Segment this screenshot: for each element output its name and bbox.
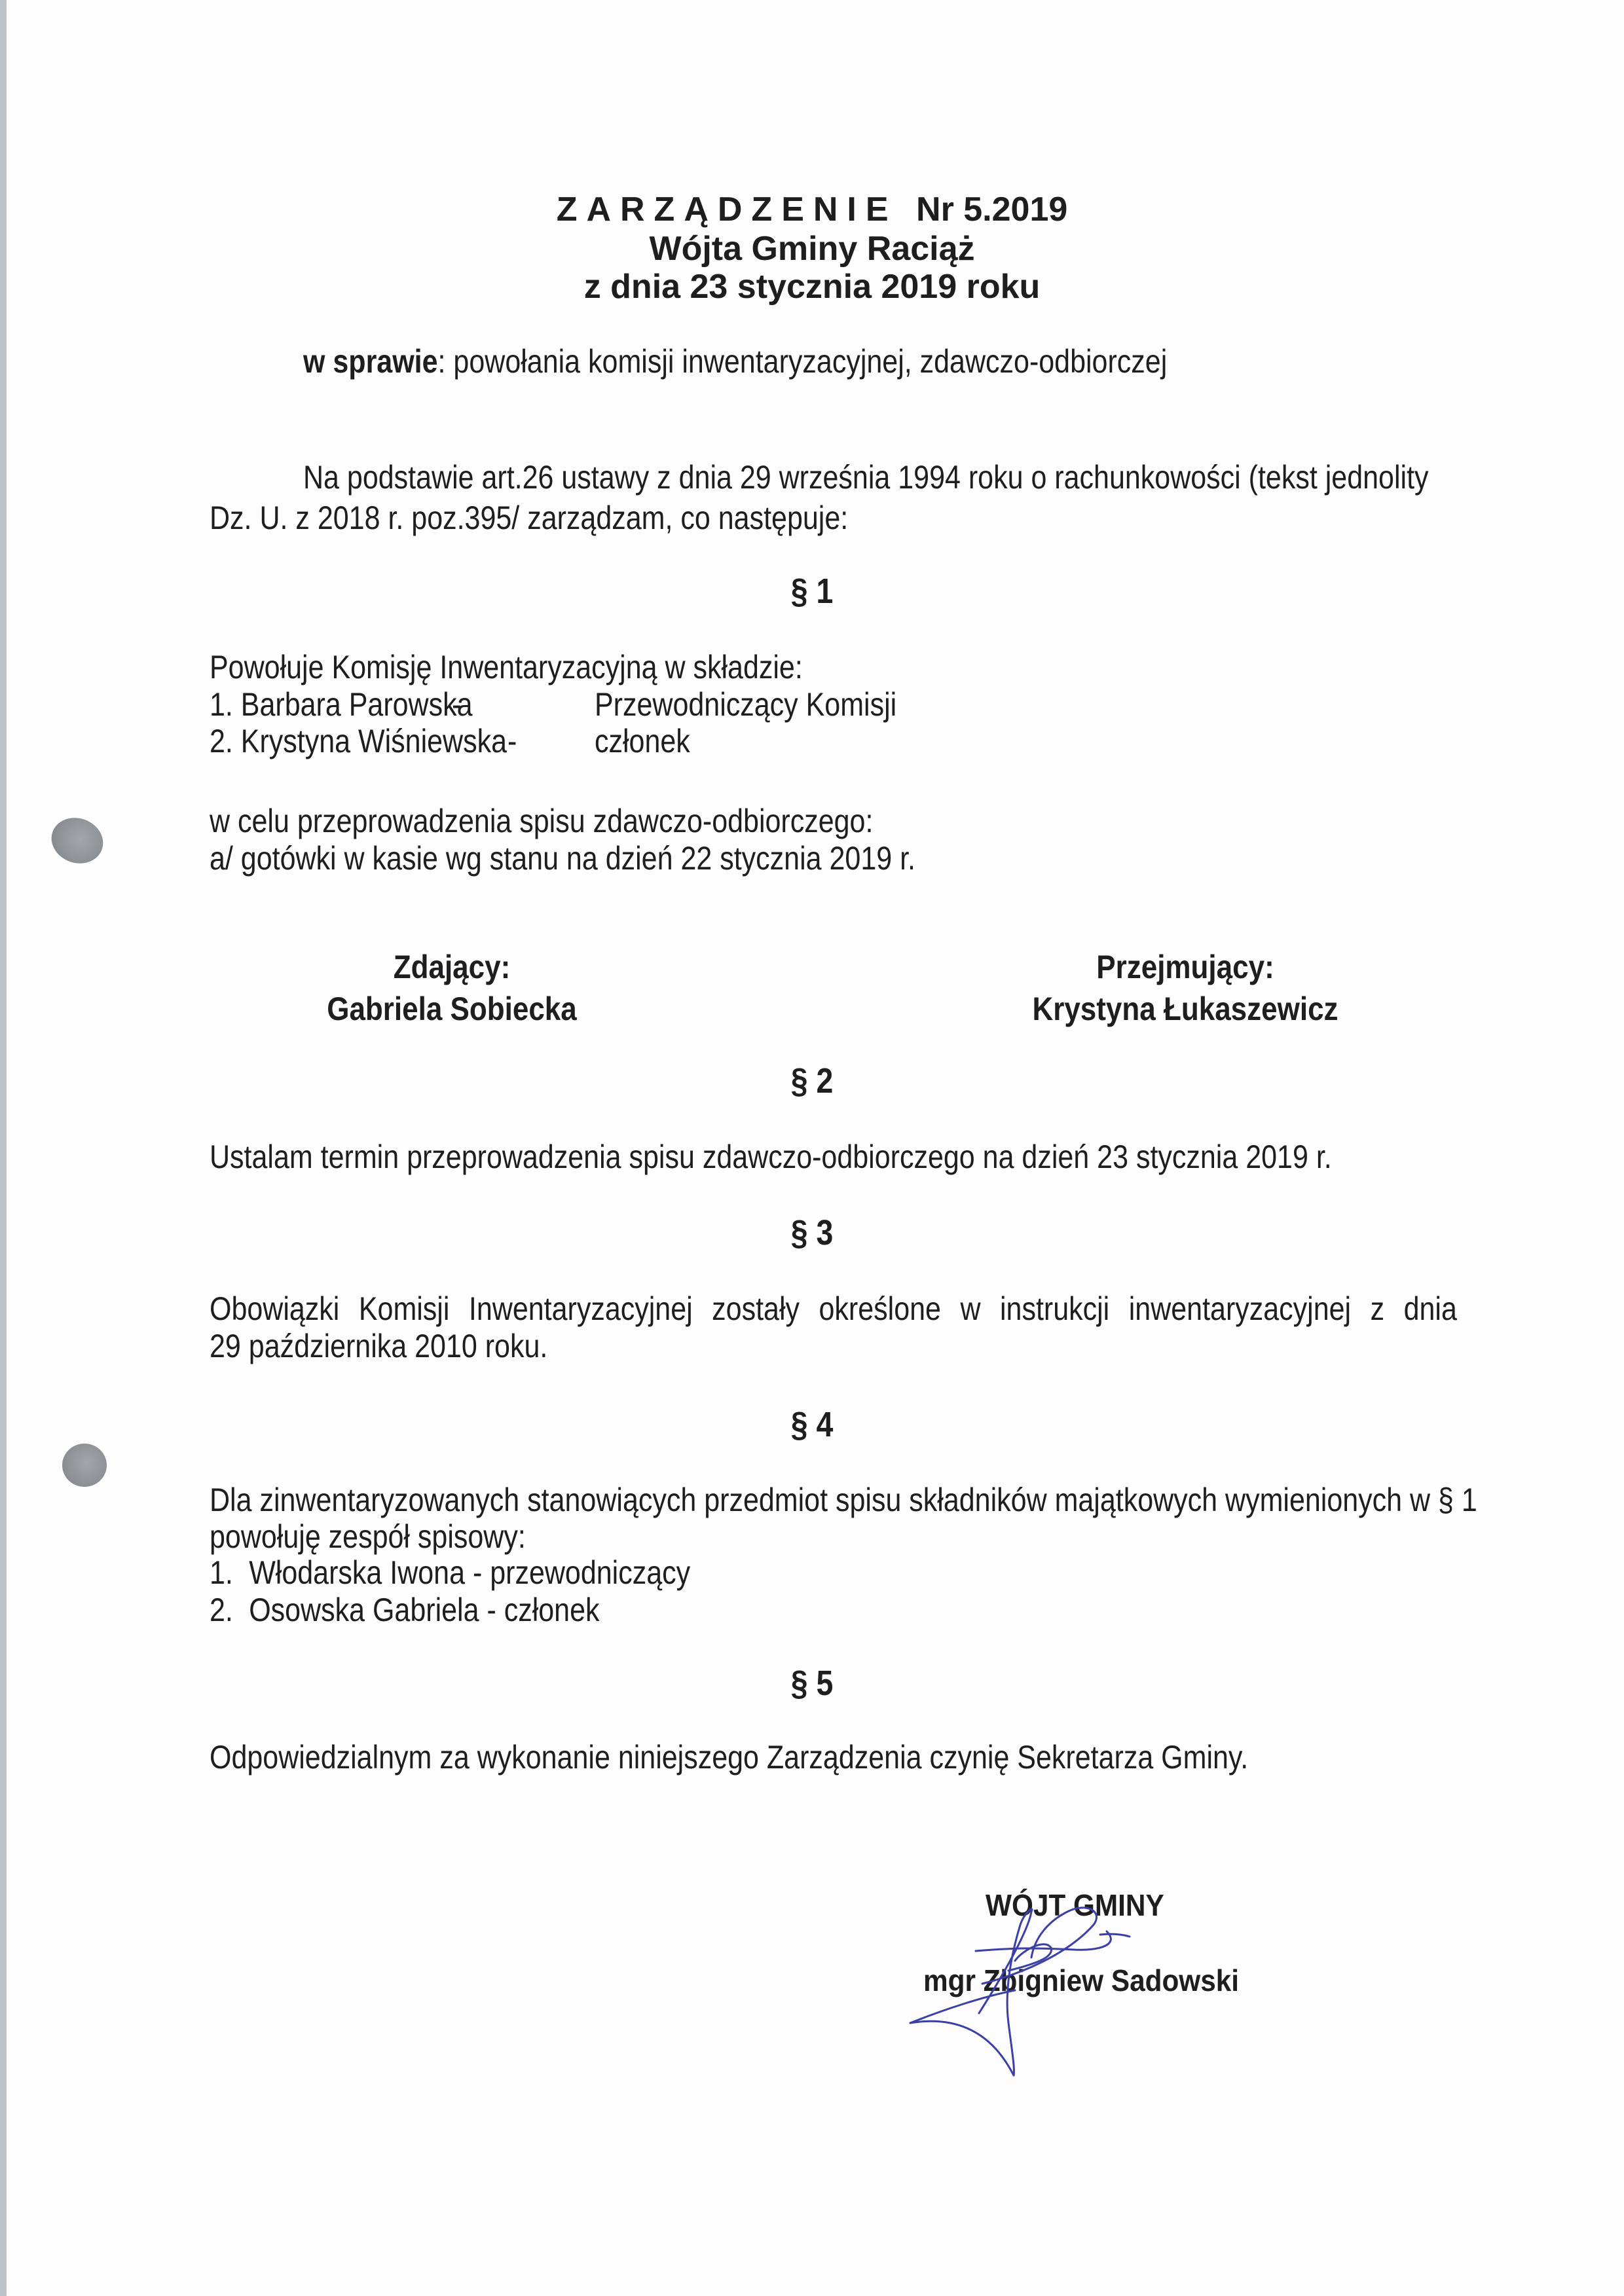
section-3-heading: § 3 <box>114 1212 1511 1253</box>
member-name: 1. Barbara Parowska <box>210 686 473 723</box>
team-num: 1. <box>210 1554 249 1592</box>
section-4-heading: § 4 <box>114 1404 1511 1445</box>
subject-line: w sprawie: powołania komisji inwentaryza… <box>303 342 1167 380</box>
member-role: Przewodniczący Komisji <box>595 685 896 723</box>
section-5-heading: § 5 <box>114 1663 1511 1704</box>
section-4-line-1: Dla zinwentaryzowanych stanowiących prze… <box>210 1481 1477 1519</box>
purpose-line-2: a/ gotówki w kasie wg stanu na dzień 22 … <box>210 839 915 877</box>
section-3-line-2: 29 października 2010 roku. <box>210 1327 547 1365</box>
scan-left-edge <box>0 0 7 2296</box>
handover-giver: Zdający: Gabriela Sobiecka <box>302 948 602 1028</box>
giver-name: Gabriela Sobiecka <box>302 990 602 1028</box>
title-number: Nr 5.2019 <box>916 191 1067 228</box>
committee-member-2: 2. Krystyna Wiśniewska <box>210 722 507 760</box>
team-text: Włodarska Iwona - przewodniczący <box>249 1554 690 1591</box>
punch-hole <box>62 1444 107 1487</box>
member-dash: - <box>452 685 461 723</box>
member-name: 2. Krystyna Wiśniewska <box>210 723 507 759</box>
section-4-line-2: powołuję zespół spisowy: <box>210 1518 526 1556</box>
committee-member-1: 1. Barbara Parowska <box>210 685 473 723</box>
giver-label: Zdający: <box>302 948 602 986</box>
team-num: 2. <box>210 1591 249 1629</box>
preamble-line-2: Dz. U. z 2018 r. poz.395/ zarządzam, co … <box>210 499 848 537</box>
document-title: ZARZĄDZENIE Nr 5.2019 <box>0 190 1624 229</box>
team-member-2: 2.Osowska Gabriela - członek <box>210 1591 600 1629</box>
subject-label: w sprawie <box>303 343 438 380</box>
handwritten-signature <box>904 1886 1244 2082</box>
section-1-heading: § 1 <box>114 571 1511 611</box>
document-date: z dnia 23 stycznia 2019 roku <box>0 267 1624 306</box>
section-3-line-1: Obowiązki Komisji Inwentaryzacyjnej zost… <box>210 1290 1457 1328</box>
receiver-label: Przejmujący: <box>989 948 1381 986</box>
member-dash: - <box>507 722 517 760</box>
member-role: członek <box>595 722 690 760</box>
section-2-heading: § 2 <box>114 1061 1511 1101</box>
title-word: ZARZĄDZENIE <box>557 191 898 228</box>
signature-strokes <box>910 1908 1130 2075</box>
team-member-1: 1.Włodarska Iwona - przewodniczący <box>210 1554 690 1592</box>
issuer: Wójta Gminy Raciąż <box>0 229 1624 268</box>
handover-receiver: Przejmujący: Krystyna Łukaszewicz <box>989 948 1381 1028</box>
preamble-line-1: Na podstawie art.26 ustawy z dnia 29 wrz… <box>303 458 1429 496</box>
section-5-text: Odpowiedzialnym za wykonanie niniejszego… <box>210 1738 1248 1776</box>
section-2-text: Ustalam termin przeprowadzenia spisu zda… <box>210 1138 1332 1176</box>
team-text: Osowska Gabriela - członek <box>249 1592 599 1628</box>
committee-intro: Powołuje Komisję Inwentaryzacyjną w skła… <box>210 648 803 686</box>
subject-text: : powołania komisji inwentaryzacyjnej, z… <box>438 343 1168 380</box>
receiver-name: Krystyna Łukaszewicz <box>989 990 1381 1028</box>
punch-hole <box>45 811 109 870</box>
purpose-line-1: w celu przeprowadzenia spisu zdawczo-odb… <box>210 802 873 840</box>
